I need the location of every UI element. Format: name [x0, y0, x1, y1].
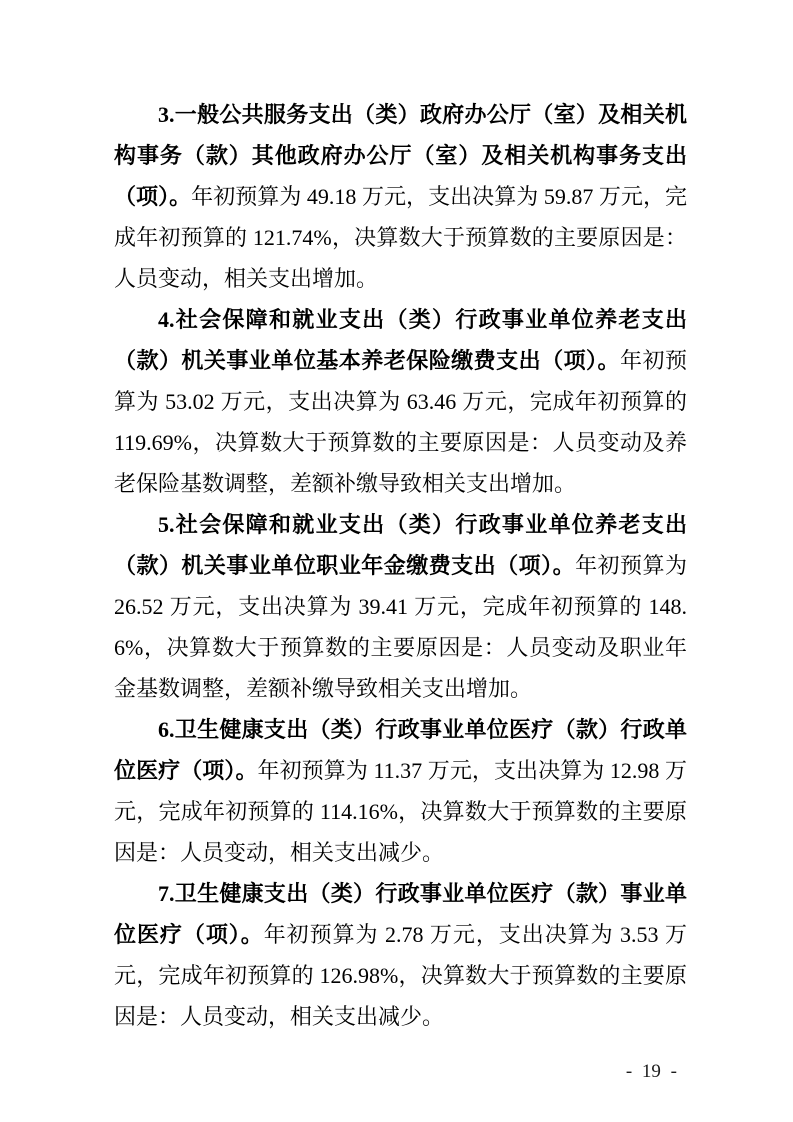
budget-paragraph-6: 6.卫生健康支出（类）行政事业单位医疗（款）行政单位医疗（项）。年初预算为 11…: [114, 709, 687, 873]
page-number: - 19 -: [626, 1061, 677, 1083]
document-page: 3.一般公共服务支出（类）政府办公厅（室）及相关机构事务（款）其他政府办公厅（室…: [0, 0, 793, 1122]
paragraph-lead: 4.社会保障和就业支出（类）行政事业单位养老支出（款）机关事业单位基本养老保险缴…: [114, 307, 687, 373]
budget-paragraph-7: 7.卫生健康支出（类）行政事业单位医疗（款）事业单位医疗（项）。年初预算为 2.…: [114, 873, 687, 1037]
budget-paragraph-5: 5.社会保障和就业支出（类）行政事业单位养老支出（款）机关事业单位职业年金缴费支…: [114, 504, 687, 709]
document-body: 3.一般公共服务支出（类）政府办公厅（室）及相关机构事务（款）其他政府办公厅（室…: [114, 94, 687, 1037]
budget-paragraph-4: 4.社会保障和就业支出（类）行政事业单位养老支出（款）机关事业单位基本养老保险缴…: [114, 299, 687, 504]
budget-paragraph-3: 3.一般公共服务支出（类）政府办公厅（室）及相关机构事务（款）其他政府办公厅（室…: [114, 94, 687, 299]
paragraph-body: 年初预算为 49.18 万元，支出决算为 59.87 万元，完成年初预算的 12…: [114, 184, 687, 291]
